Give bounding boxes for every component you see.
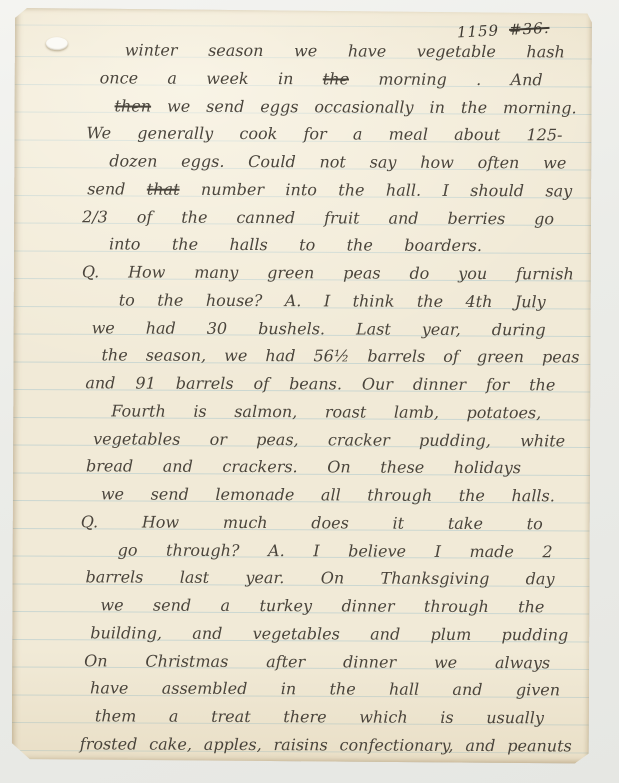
handwriting-text: we send lemonade all through the halls.: [101, 484, 555, 505]
manuscript-line: go through? A. I believe I made 2: [118, 536, 553, 566]
handwriting-text: Q. How much does it take to: [81, 512, 543, 533]
handwriting-text: we send eggs occasionally in the morning…: [167, 96, 577, 117]
struck-word: then: [115, 96, 152, 115]
handwriting-text: into the halls to the boarders.: [109, 235, 482, 256]
handwriting-text: 2/3 of the canned fruit and berries go: [82, 207, 554, 228]
manuscript-line: have assembled in the hall and given: [90, 675, 560, 705]
struck-word: that: [147, 179, 180, 198]
manuscript-line: we send lemonade all through the halls.: [101, 480, 555, 510]
handwriting-text: Q. How many green peas do you furnish: [82, 262, 574, 283]
manuscript-line: then we send eggs occasionally in the mo…: [115, 92, 577, 122]
manuscript-line: Q. How much does it take to: [81, 508, 543, 538]
manuscript-line: Fourth is salmon, roast lamb, potatoes,: [111, 397, 541, 427]
handwriting-text: send: [87, 179, 125, 198]
manuscript-line: On Christmas after dinner we always: [84, 647, 550, 677]
manuscript-line: we send a turkey dinner through the: [100, 591, 544, 621]
handwriting-text: once a week in: [100, 68, 294, 88]
manuscript-line: winter season we have vegetable hash: [125, 36, 565, 66]
handwriting-text: On Christmas after dinner we always: [84, 651, 550, 672]
handwriting-text: go through? A. I believe I made 2: [118, 540, 553, 561]
handwriting-text: have assembled in the hall and given: [90, 679, 560, 700]
handwriting-text: building, and vegetables and plum puddin…: [90, 623, 568, 644]
manuscript-line: bread and crackers. On these holidays: [86, 453, 521, 483]
manuscript-lines: winter season we have vegetable hashonce…: [15, 8, 592, 11]
handwriting-text: number into the hall. I should say: [201, 180, 572, 201]
manuscript-line: dozen eggs. Could not say how often we: [109, 147, 566, 177]
manuscript-line: We generally cook for a meal about 125-: [86, 120, 562, 150]
manuscript-line: them a treat there which is usually: [95, 702, 544, 732]
manuscript-line: 2/3 of the canned fruit and berries go: [82, 203, 554, 233]
manuscript-line: Q. How many green peas do you furnish: [82, 258, 574, 288]
manuscript-line: vegetables or peas, cracker pudding, whi…: [93, 425, 565, 455]
handwriting-text: barrels last year. On Thanksgiving day: [85, 568, 554, 589]
handwriting-text: the season, we had 56½ barrels of green …: [101, 346, 579, 367]
handwriting-text: We generally cook for a meal about 125-: [86, 124, 562, 145]
handwriting-text: bread and crackers. On these holidays: [86, 457, 521, 478]
handwriting-text: morning . And: [378, 69, 542, 89]
crossed-out-number: #36.: [509, 19, 550, 39]
handwriting-text: to the house? A. I think the 4th July: [119, 290, 546, 311]
handwriting-text: we had 30 bushels. Last year, during: [92, 318, 546, 339]
manuscript-line: into the halls to the boarders.: [109, 231, 482, 260]
manuscript-line: building, and vegetables and plum puddin…: [90, 619, 568, 649]
manuscript-line: the season, we had 56½ barrels of green …: [101, 342, 579, 372]
handwriting-text: them a treat there which is usually: [95, 706, 544, 727]
manuscript-line: send that number into the hall. I should…: [87, 175, 572, 205]
struck-word: the: [323, 69, 349, 88]
manuscript-line: frosted cake, apples, raisins confection…: [80, 730, 572, 760]
manuscript-line: we had 30 bushels. Last year, during: [92, 314, 546, 344]
manuscript-line: once a week in the morning . And: [100, 64, 543, 94]
manuscript-line: barrels last year. On Thanksgiving day: [85, 564, 554, 594]
manuscript-line: to the house? A. I think the 4th July: [119, 286, 546, 316]
handwriting-text: winter season we have vegetable hash: [125, 40, 565, 61]
handwriting-text: Fourth is salmon, roast lamb, potatoes,: [111, 401, 541, 422]
handwriting-text: we send a turkey dinner through the: [100, 595, 544, 616]
handwriting-text: and 91 barrels of beans. Our dinner for …: [85, 373, 555, 394]
handwriting-text: dozen eggs. Could not say how often we: [109, 151, 566, 172]
handwriting-text: vegetables or peas, cracker pudding, whi…: [93, 429, 565, 450]
handwriting-text: frosted cake, apples, raisins confection…: [80, 734, 572, 755]
manuscript-line: and 91 barrels of beans. Our dinner for …: [85, 369, 555, 399]
hole-punch: [46, 37, 68, 50]
scanned-document: 1159#36. winter season we have vegetable…: [0, 0, 619, 783]
manuscript-page: 1159#36. winter season we have vegetable…: [12, 8, 592, 764]
